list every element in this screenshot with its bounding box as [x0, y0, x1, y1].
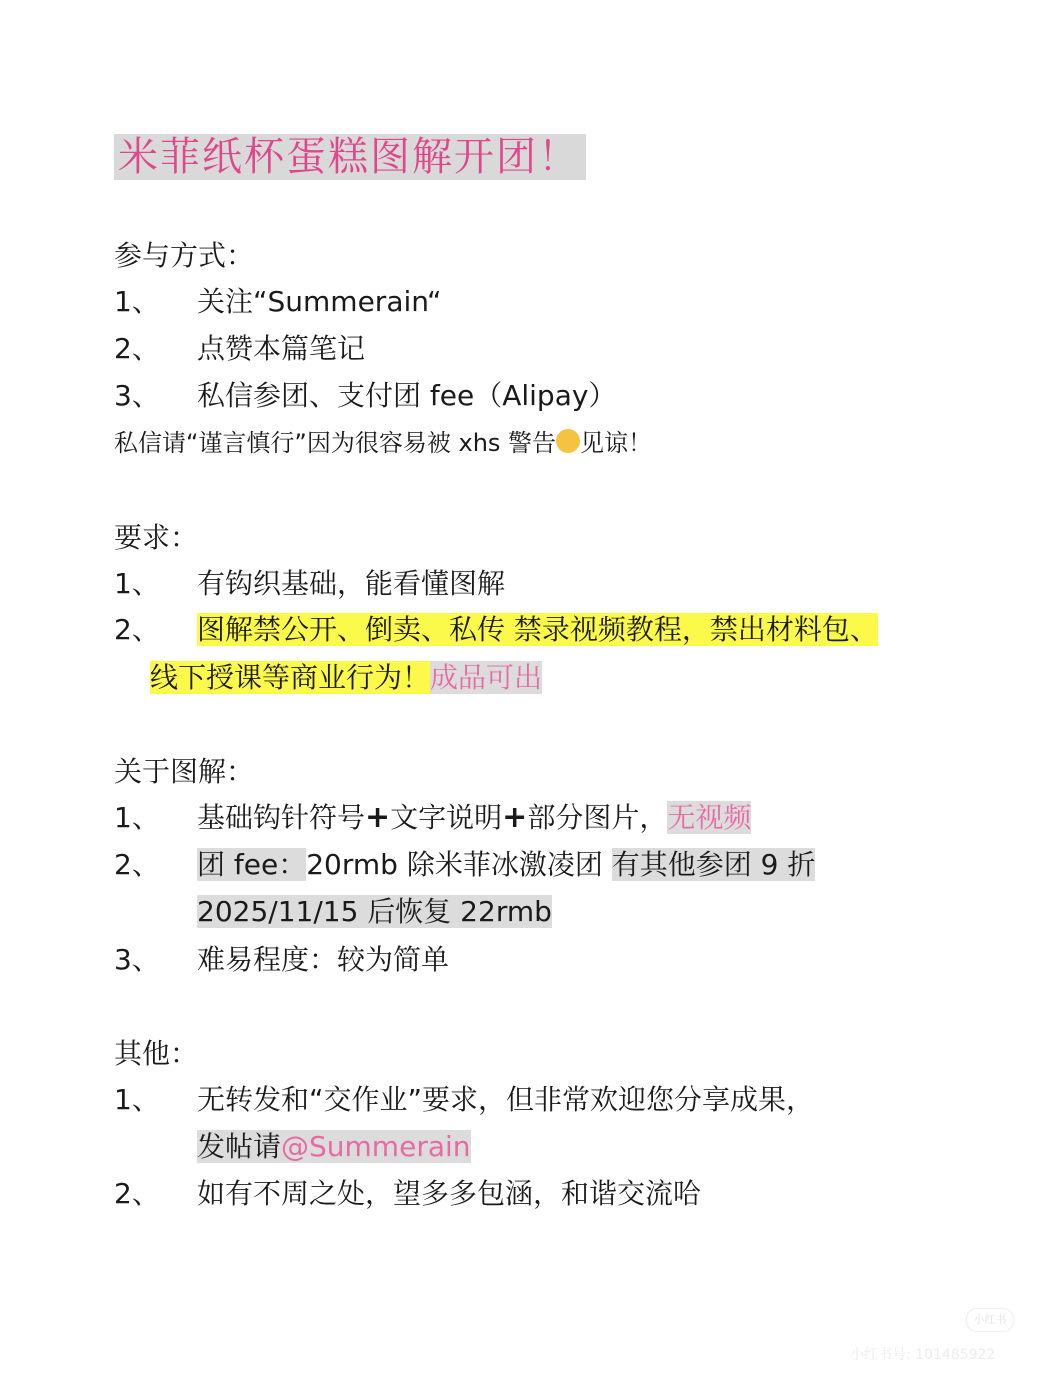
section-heading-requirements: 要求：: [114, 518, 198, 558]
highlighted-text: 图解禁公开、倒卖、私传 禁录视频教程，禁出材料包、: [197, 613, 878, 646]
item-text: 如有不周之处，望多多包涵，和谐交流哈: [197, 1177, 701, 1210]
participate-note: 私信请“谨言慎行”因为很容易被 xhs 警告见谅！: [114, 426, 652, 460]
section-heading-other: 其他：: [114, 1034, 198, 1074]
highlighted-text: 有其他参团 9 折: [612, 848, 816, 881]
highlighted-text: 线下授课等商业行为！: [150, 661, 430, 694]
list-item: 1、关注“Summerain“: [114, 282, 441, 322]
section-heading-participate: 参与方式：: [114, 236, 254, 276]
item-text: 有钩织基础，能看懂图解: [197, 567, 505, 600]
item-text: 点赞本篇笔记: [197, 332, 365, 365]
list-item: 2、如有不周之处，望多多包涵，和谐交流哈: [114, 1174, 701, 1214]
item-text: 发帖请: [197, 1130, 281, 1163]
item-text: 文字说明: [390, 801, 502, 834]
item-text: 私信参团、支付团 fee（Alipay）: [197, 379, 616, 412]
watermark-id: 小红书号: 101485922: [850, 1344, 995, 1364]
highlighted-text: 团 fee：: [197, 848, 306, 881]
item-text: 难易程度：较为简单: [197, 943, 449, 976]
list-item: 3、难易程度：较为简单: [114, 940, 449, 980]
item-number: 3、: [114, 940, 197, 980]
highlighted-text: 发帖请@Summerain: [197, 1130, 471, 1163]
list-item: 2、图解禁公开、倒卖、私传 禁录视频教程，禁出材料包、: [114, 610, 878, 650]
pink-note: 成品可出: [430, 661, 542, 694]
list-item: 1、基础钩针符号+文字说明+部分图片，无视频: [114, 798, 751, 838]
item-number: 2、: [114, 610, 197, 650]
item-text: 部分图片，: [527, 801, 667, 834]
note-text: 私信请“谨言慎行”因为很容易被 xhs 警告: [114, 429, 556, 457]
highlighted-text: 2025/11/15 后恢复 22rmb: [197, 895, 552, 928]
section-heading-about: 关于图解：: [114, 752, 254, 792]
pink-note: 无视频: [667, 801, 751, 834]
item-number: 2、: [114, 1174, 197, 1214]
item-text: 基础钩针符号: [197, 801, 365, 834]
list-item: 2、团 fee：20rmb 除米菲冰激凌团 有其他参团 9 折: [114, 845, 815, 885]
item-number: 1、: [114, 798, 197, 838]
item-number: 2、: [114, 329, 197, 369]
note-suffix: 见谅！: [580, 429, 652, 457]
item-text: 无转发和“交作业”要求，但非常欢迎您分享成果，: [197, 1083, 814, 1116]
item-number: 1、: [114, 564, 197, 604]
list-item: 3、私信参团、支付团 fee（Alipay）: [114, 376, 616, 416]
list-item-continuation: 2025/11/15 后恢复 22rmb: [197, 892, 552, 932]
page-title: 米菲纸杯蛋糕图解开团！: [114, 134, 586, 180]
list-item: 2、点赞本篇笔记: [114, 329, 365, 369]
list-item-continuation: 线下授课等商业行为！成品可出: [150, 658, 542, 698]
list-item-continuation: 发帖请@Summerain: [197, 1127, 471, 1167]
list-item: 1、有钩织基础，能看懂图解: [114, 564, 505, 604]
item-number: 2、: [114, 845, 197, 885]
list-item: 1、无转发和“交作业”要求，但非常欢迎您分享成果，: [114, 1080, 814, 1120]
plus-icon: +: [502, 800, 527, 835]
item-number: 1、: [114, 282, 197, 322]
mention-link[interactable]: @Summerain: [281, 1130, 471, 1163]
plus-icon: +: [365, 800, 390, 835]
item-number: 3、: [114, 376, 197, 416]
item-number: 1、: [114, 1080, 197, 1120]
item-text: 关注“Summerain“: [197, 285, 441, 318]
item-text: 20rmb 除米菲冰激凌团: [306, 848, 612, 881]
joy-emoji-icon: [556, 429, 580, 453]
watermark-badge: 小红书: [966, 1308, 1014, 1332]
